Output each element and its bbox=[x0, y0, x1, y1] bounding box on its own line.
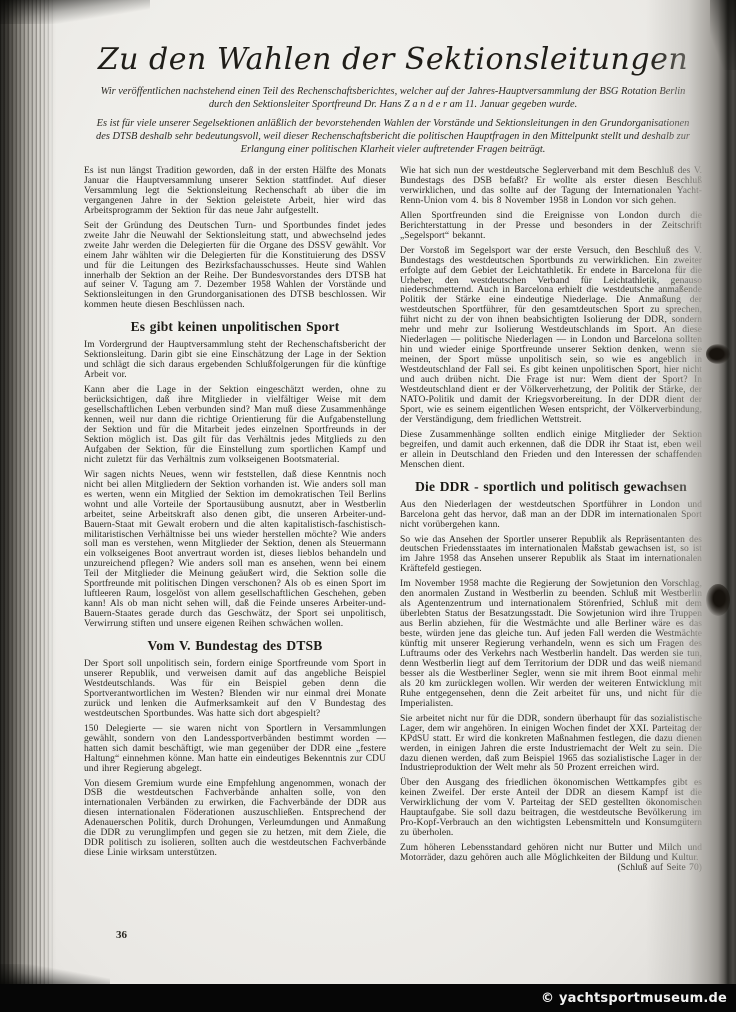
watermark-text: © yachtsportmuseum.de bbox=[541, 991, 727, 1006]
body-paragraph: Es ist nun längst Tradition geworden, da… bbox=[84, 167, 386, 217]
body-paragraph: Wir sagen nichts Neues, wenn wir festste… bbox=[84, 471, 386, 630]
body-paragraph: Der Sport soll unpolitisch sein, fordern… bbox=[84, 660, 386, 720]
article: Zu den Wahlen der Sektionsleitungen Wir … bbox=[84, 44, 702, 968]
watermark-bar: © yachtsportmuseum.de bbox=[0, 984, 736, 1012]
top-right-shadow bbox=[710, 0, 736, 70]
bottom-left-shadow bbox=[0, 964, 110, 984]
body-paragraph: Kann aber die Lage in der Sektion einges… bbox=[84, 386, 386, 466]
article-title: Zu den Wahlen der Sektionsleitungen bbox=[84, 44, 702, 76]
top-left-shadow bbox=[0, 0, 150, 24]
body-paragraph: Von diesem Gremium wurde eine Empfehlung… bbox=[84, 780, 386, 860]
section-heading: Es gibt keinen unpolitischen Sport bbox=[84, 319, 386, 334]
lead-paragraph: Wir veröffentlichen nachstehend einen Te… bbox=[92, 85, 694, 111]
binding-stitch-mark bbox=[706, 344, 730, 364]
lead-paragraph: Es ist für viele unserer Segelsektionen … bbox=[92, 117, 694, 156]
page-number: 36 bbox=[116, 929, 127, 941]
body-paragraph: Im Vordergrund der Hauptversammlung steh… bbox=[84, 341, 386, 381]
body-paragraph: Seit der Gründung des Deutschen Turn- un… bbox=[84, 222, 386, 312]
body-paragraph: 150 Delegierte — sie waren nicht von Spo… bbox=[84, 725, 386, 775]
scanned-magazine-page: Zu den Wahlen der Sektionsleitungen Wir … bbox=[0, 0, 736, 1012]
book-page-stack-edge bbox=[0, 0, 56, 984]
binding-stitch-mark bbox=[706, 584, 730, 616]
binding-gutter-shadow bbox=[646, 0, 736, 1012]
column-left: Es ist nun längst Tradition geworden, da… bbox=[84, 167, 386, 874]
section-heading: Vom V. Bundestag des DTSB bbox=[84, 638, 386, 653]
two-column-body: Es ist nun längst Tradition geworden, da… bbox=[84, 167, 702, 874]
